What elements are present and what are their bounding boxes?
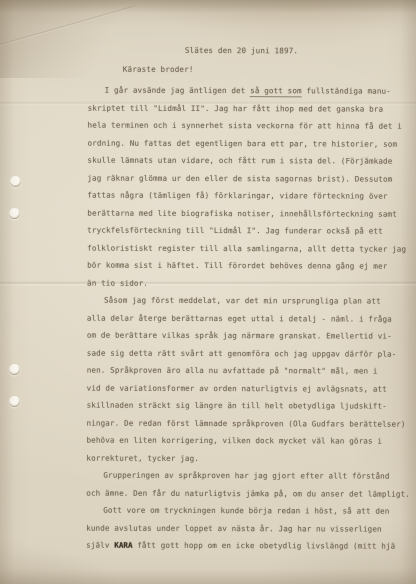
letter-line: om de berättare vilkas språk jag närmare…: [87, 327, 389, 346]
text-segment: hela terminen och i synnerhet sista veck…: [88, 121, 402, 131]
text-segment: skriptet till "Lidmål II". Jag har fått …: [88, 103, 384, 113]
letter-line: själv KARA fått gott hopp om en icke obe…: [86, 537, 388, 556]
letter-line: skillnaden sträckt sig längre än till he…: [87, 397, 389, 416]
letter-line: folkloristiskt register till alla samlin…: [87, 239, 389, 258]
letter-line: ningar. De redan först lämnade språkprov…: [86, 414, 388, 433]
text-segment: fått gott hopp om en icke obetydlig livs…: [133, 541, 396, 551]
letter-page: Slätes den 20 juni 1897. Käraste broder!…: [0, 0, 416, 584]
letter-line: behöva en liten korrigering, vilken dock…: [86, 432, 388, 451]
letter-line: vid de variationsformer av orden naturli…: [87, 379, 389, 398]
text-segment: Grupperingen av språkproven har jag gjor…: [103, 471, 389, 481]
letter-line: fattas några (tämligen få) förklaringar,…: [87, 187, 389, 206]
text-segment: I går avsände jag äntligen det: [105, 86, 250, 96]
overstruck-word: KARA: [114, 541, 132, 550]
letter-line: bör komma sist i häftet. Till förordet b…: [87, 257, 389, 276]
text-segment: fattas några (tämligen få) förklaringar,…: [87, 191, 387, 201]
text-segment: Såsom jag först meddelat, var det min ur…: [104, 296, 381, 306]
text-segment: berättarna med lite biografiska notiser,…: [87, 208, 397, 218]
letter-line: Såsom jag först meddelat, var det min ur…: [87, 292, 389, 311]
typed-text-layer: Slätes den 20 juni 1897. Käraste broder!…: [0, 0, 416, 584]
text-segment: ningar. De redan först lämnade språkprov…: [87, 418, 406, 428]
letter-body: I går avsände jag äntligen det så gott s…: [86, 82, 390, 556]
text-segment: än tio sidor.: [87, 278, 148, 287]
letter-line: berättarna med lite biografiska notiser,…: [87, 204, 389, 223]
text-segment: sade sig detta rätt svårt att genomföra …: [87, 348, 397, 358]
letter-line: tryckfelsförteckning till "Lidmål I". Ja…: [87, 222, 389, 241]
text-segment: ordning. Nu fattas det egentligen bara e…: [87, 138, 397, 148]
letter-line: hela terminen och i synnerhet sista veck…: [88, 117, 390, 136]
salutation: Käraste broder!: [123, 65, 194, 74]
letter-line: kunde avslutas under loppet av nästa år.…: [86, 519, 388, 538]
text-segment: fullständiga manu-: [302, 86, 391, 95]
letter-line: alla delar återge berättarnas eget uttal…: [87, 309, 389, 328]
dateline: Slätes den 20 juni 1897.: [185, 46, 298, 55]
letter-line: korrekturet, tycker jag.: [86, 449, 388, 468]
text-segment: behöva en liten korrigering, vilken dock…: [86, 436, 382, 446]
letter-line: än tio sidor.: [87, 274, 389, 293]
letter-line: skriptet till "Lidmål II". Jag har fått …: [88, 99, 390, 118]
letter-line: skulle lämnats utan vidare, och fått rum…: [87, 152, 389, 171]
text-segment: tryckfelsförteckning till "Lidmål I". Ja…: [87, 226, 383, 236]
text-segment: alla delar återge berättarnas eget uttal…: [87, 313, 392, 323]
letter-line: I går avsände jag äntligen det så gott s…: [88, 82, 390, 101]
text-segment: vid de variationsformer av orden naturli…: [87, 383, 387, 393]
text-segment: skillnaden sträckt sig längre än till he…: [87, 401, 387, 411]
letter-line: Grupperingen av språkproven har jag gjor…: [86, 467, 388, 486]
text-segment: själv: [86, 541, 114, 550]
letter-line: jag räknar glömma ur den eller de sista …: [87, 169, 389, 188]
letter-line: ordning. Nu fattas det egentligen bara e…: [87, 134, 389, 153]
text-segment: om de berättare vilkas språk jag närmare…: [87, 331, 392, 341]
text-segment: korrekturet, tycker jag.: [86, 453, 199, 462]
letter-line: sade sig detta rätt svårt att genomföra …: [87, 344, 389, 363]
text-segment: och ämne. Den får du naturligtvis jämka …: [86, 488, 410, 498]
text-segment: nen. Språkproven äro alla nu avfattade p…: [87, 366, 378, 376]
text-segment: kunde avslutas under loppet av nästa år.…: [86, 523, 382, 533]
letter-line: Gott vore om tryckningen kunde börja red…: [86, 502, 388, 521]
letter-line: och ämne. Den får du naturligtvis jämka …: [86, 484, 388, 503]
text-segment: bör komma sist i häftet. Till förordet b…: [87, 261, 387, 271]
text-segment: Gott vore om tryckningen kunde börja red…: [103, 506, 389, 516]
text-segment: jag räknar glömma ur den eller de sista …: [87, 173, 392, 183]
letter-line: nen. Språkproven äro alla nu avfattade p…: [87, 362, 389, 381]
text-segment: skulle lämnats utan vidare, och fått rum…: [87, 156, 392, 166]
underlined-phrase: så gott som: [250, 86, 302, 97]
text-segment: folkloristiskt register till alla samlin…: [87, 243, 406, 253]
